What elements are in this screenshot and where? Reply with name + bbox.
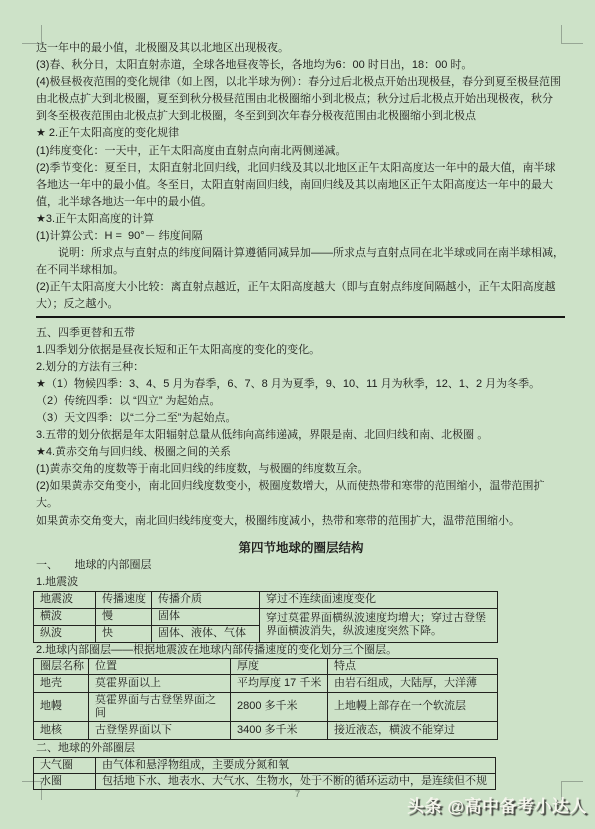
table-cell: 2800 多千米	[231, 692, 328, 721]
text-line: （3）天文四季：以“二分二至”为起始点。	[36, 410, 566, 427]
paragraph: 二、地球的外部圈层	[36, 740, 566, 757]
text-line: 2.划分的方法有三种：	[36, 359, 566, 376]
table-row: 大气圈由气体和悬浮物组成，主要成分氮和氧	[34, 757, 496, 773]
table-cell: 穿过不连续面速度变化	[260, 591, 498, 608]
table-cell: 固体	[152, 608, 260, 625]
text-line: (2)正午太阳高度大小比较：离直射点越近，正午太阳高度越大（即与直射点纬度间隔越…	[36, 279, 566, 296]
text-line: (2)季节变化：夏至日，太阳直射北回归线，北回归线及其以北地区正午太阳高度达一年…	[36, 160, 566, 177]
table-cell: 慢	[96, 608, 152, 625]
watermark: 头条 @高中备考小达人	[407, 792, 587, 817]
table-cell: 上地幔上部存在一个软流层	[328, 692, 498, 721]
text-line: 在不同半球相加。	[36, 262, 566, 279]
paragraph: 2.地球内部圈层——根据地震波在地球内部传播速度的变化划分三个圈层。	[36, 643, 566, 658]
text-line: 各地达一年中的最小值。冬至日，太阳直射南回归线，南回归线及其以南地区正午太阳高度…	[36, 177, 566, 194]
table-cell: 地核	[34, 721, 89, 739]
text-line: (1)纬度变化：一天中，正午太阳高度由直射点向南北两侧递减。	[36, 143, 566, 160]
table-cell: 大气圈	[34, 757, 96, 773]
text-line: (1)计算公式：H = 90°－ 纬度间隔	[36, 228, 566, 245]
table-cell: 地震波	[34, 591, 96, 608]
table-cell: 由岩石组成，大陆厚，大洋薄	[328, 674, 498, 692]
table-cell: 传播速度	[96, 591, 152, 608]
text-line: 1.四季划分依据是昼夜长短和正午太阳高度的变化的变化。	[36, 342, 566, 359]
document-body: 达一年中的最小值，北极圈及其以北地区出现极夜。(3)春、秋分日，太阳直射赤道，全…	[36, 40, 566, 790]
text-line: (3)春、秋分日，太阳直射赤道，全球各地昼夜等长，各地均为6：00 时日出，18…	[36, 57, 566, 74]
table-cell: 传播介质	[152, 591, 260, 608]
table-cell: 穿过莫霍界面横纵波速度均增大；穿过古登堡界面横波消失，纵波速度突然下降。	[260, 608, 498, 642]
outer-layers-table: 大气圈由气体和悬浮物组成，主要成分氮和氧水圈包括地下水、地表水、大气水、生物水，…	[33, 757, 496, 790]
table-cell: 厚度	[231, 658, 328, 674]
seismic-wave-table: 地震波传播速度传播介质穿过不连续面速度变化横波慢固体穿过莫霍界面横纵波速度均增大…	[33, 591, 498, 643]
table-cell: 由气体和悬浮物组成，主要成分氮和氧	[96, 757, 496, 773]
table-cell: 莫霍界面以上	[89, 674, 231, 692]
text-line: 说明：所求点与直射点的纬度间隔计算遵循同减异加——所求点与直射点同在北半球或同在…	[36, 245, 566, 262]
table-row: 地震波传播速度传播介质穿过不连续面速度变化	[34, 591, 498, 608]
text-line: （2）传统四季：以 “四立” 为起始点。	[36, 393, 566, 410]
text-line: ★ 2.正午太阳高度的变化规律	[36, 125, 566, 142]
paragraph: 达一年中的最小值，北极圈及其以北地区出现极夜。(3)春、秋分日，太阳直射赤道，全…	[36, 40, 566, 314]
text-line: ★3.正午太阳高度的计算	[36, 211, 566, 228]
text-line: (4)极昼极夜范围的变化规律（如上图，以北半球为例）：春分过后北极点开始出现极昼…	[36, 74, 566, 91]
text-line: 二、地球的外部圈层	[36, 740, 566, 757]
table-cell: 固体、液体、气体	[152, 625, 260, 642]
inner-layers-table: 圈层名称位置厚度特点地壳莫霍界面以上平均厚度 17 千米由岩石组成，大陆厚，大洋…	[33, 658, 498, 740]
text-line: 1.地震波	[36, 574, 566, 591]
table-cell: 纵波	[34, 625, 96, 642]
table-row: 水圈包括地下水、地表水、大气水、生物水，处于不断的循环运动中，是连续但不规	[34, 773, 496, 789]
table-cell: 横波	[34, 608, 96, 625]
text-line: 由北极点扩大到北极圈，夏至到秋分极昼范围由北极圈缩小到北极点；秋分过后北极点开始…	[36, 91, 566, 108]
text-line: ★（1）物候四季：3、4、5 月为春季，6、7、8 月为夏季，9、10、11 月…	[36, 376, 566, 393]
paragraph: 五、四季更替和五带1.四季划分依据是昼夜长短和正午太阳高度的变化的变化。2.划分…	[36, 325, 566, 530]
table-cell: 圈层名称	[34, 658, 89, 674]
table-cell: 莫霍界面与古登堡界面之间	[89, 692, 231, 721]
text-line: 3.五带的划分依据是年太阳辐射总量从低纬向高纬递减，界限是南、北回归线和南、北极…	[36, 427, 566, 444]
table-cell: 位置	[89, 658, 231, 674]
table-cell: 包括地下水、地表水、大气水、生物水，处于不断的循环运动中，是连续但不规	[96, 773, 496, 789]
table-row: 地幔莫霍界面与古登堡界面之间2800 多千米上地幔上部存在一个软流层	[34, 692, 498, 721]
text-line: 2.地球内部圈层——根据地震波在地球内部传播速度的变化划分三个圈层。	[36, 643, 566, 658]
table-row: 地壳莫霍界面以上平均厚度 17 千米由岩石组成，大陆厚，大洋薄	[34, 674, 498, 692]
text-line: (1)黄赤交角的度数等于南北回归线的纬度数，与极圈的纬度数互余。	[36, 461, 566, 478]
text-line: 五、四季更替和五带	[36, 325, 566, 342]
table-cell: 快	[96, 625, 152, 642]
section-heading: 第四节地球的圈层结构	[36, 539, 566, 557]
table-cell: 3400 多千米	[231, 721, 328, 739]
table-cell: 地壳	[34, 674, 89, 692]
text-line: 一、 地球的内部圈层	[36, 557, 566, 574]
text-line: 如果黄赤交角变大，南北回归线纬度变大，极圈纬度减小，热带和寒带的范围扩大，温带范…	[36, 513, 566, 530]
table-row: 地核古登堡界面以下3400 多千米接近液态，横波不能穿过	[34, 721, 498, 739]
table-row: 圈层名称位置厚度特点	[34, 658, 498, 674]
text-line: ★4.黄赤交角与回归线、极圈之间的关系	[36, 444, 566, 461]
table-cell: 特点	[328, 658, 498, 674]
text-line: 到冬至极夜范围由北极点扩大到北极圈，冬至到到次年春分极夜范围由北极圈缩小到北极点	[36, 108, 566, 125]
table-cell: 古登堡界面以下	[89, 721, 231, 739]
table-cell: 平均厚度 17 千米	[231, 674, 328, 692]
table-row: 横波慢固体穿过莫霍界面横纵波速度均增大；穿过古登堡界面横波消失，纵波速度突然下降…	[34, 608, 498, 625]
text-line: 大）；反之越小。	[36, 296, 566, 313]
text-line: 值，北半球各地达一年中的最小值。	[36, 194, 566, 211]
table-cell: 接近液态，横波不能穿过	[328, 721, 498, 739]
table-cell: 地幔	[34, 692, 89, 721]
paragraph: 一、 地球的内部圈层1.地震波	[36, 557, 566, 591]
section-divider	[36, 316, 565, 318]
text-line: 达一年中的最小值，北极圈及其以北地区出现极夜。	[36, 40, 566, 57]
table-cell: 水圈	[34, 773, 96, 789]
text-line: (2)如果黄赤交角变小，南北回归线度数变小，极圈度数增大，从而使热带和寒带的范围…	[36, 478, 566, 512]
